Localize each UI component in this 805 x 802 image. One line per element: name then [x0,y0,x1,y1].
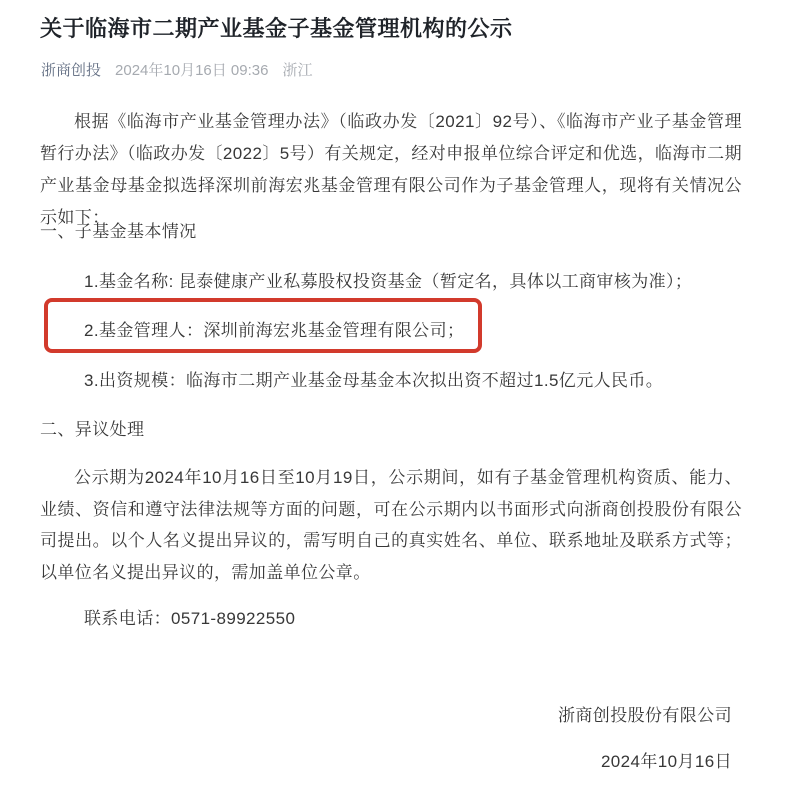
section1-heading: 一、子基金基本情况 [40,221,740,243]
intro-paragraph: 根据《临海市产业基金管理办法》（临政办发〔2021〕92号）、《临海市产业子基金… [40,106,742,234]
contact-phone: 联系电话：0571-89922550 [84,608,744,630]
account-name-link[interactable]: 浙商创投 [41,62,101,79]
publish-location: 浙江 [282,62,312,79]
section2-heading: 二、异议处理 [40,419,740,441]
objection-paragraph: 公示期为2024年10月16日至10月19日，公示期间，如有子基金管理机构资质、… [40,462,742,588]
article-title: 关于临海市二期产业基金子基金管理机构的公示 [40,12,760,45]
signature-date: 2024年10月16日 [40,751,732,773]
funding-scale-item: 3.出资规模：临海市二期产业基金母基金本次拟出资不超过1.5亿元人民币。 [84,370,744,392]
article-byline: 浙商创投2024年10月16日 09:36浙江 [41,60,761,81]
article-page: 关于临海市二期产业基金子基金管理机构的公示 浙商创投2024年10月16日 09… [0,0,805,802]
fund-name-item: 1.基金名称: 昆泰健康产业私募股权投资基金（暂定名，具体以工商审核为准）； [84,271,744,293]
signature-company: 浙商创投股份有限公司 [40,705,732,727]
publish-datetime: 2024年10月16日 09:36 [115,62,268,79]
fund-manager-item: 2.基金管理人：深圳前海宏兆基金管理有限公司； [84,320,744,342]
